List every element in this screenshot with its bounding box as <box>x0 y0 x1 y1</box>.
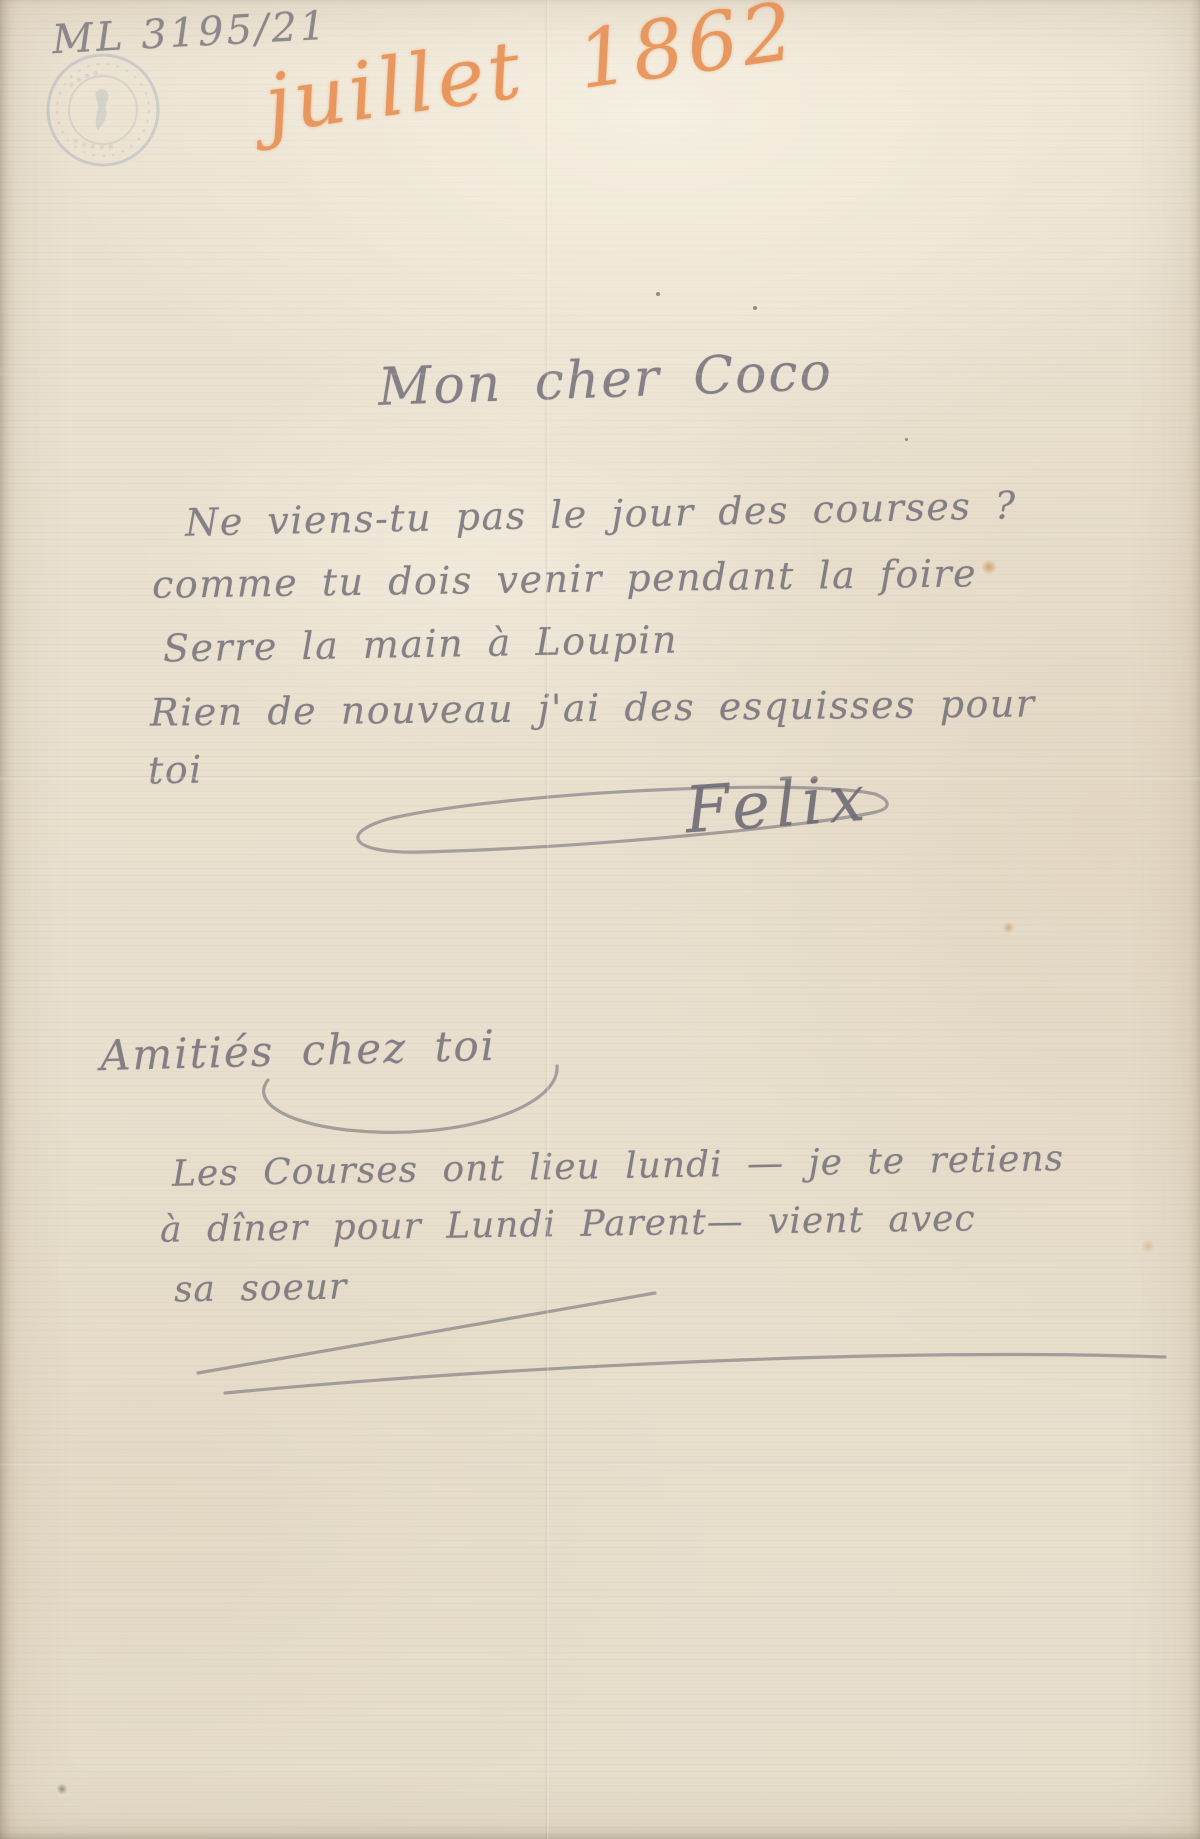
ink-speck <box>753 306 757 310</box>
foxing-spot <box>1140 1240 1156 1252</box>
body-line: Rien de nouveau j'ai des esquisses pour <box>150 681 1036 734</box>
postscript-line: Les Courses ont lieu lundi — je te retie… <box>172 1138 1065 1195</box>
body-line: Serre la main à Loupin <box>163 618 679 671</box>
ink-speck <box>656 292 660 296</box>
letter-scan: ML 3195/21 juillet 1862 Mon cher Coco Ne… <box>0 0 1200 1839</box>
foxing-spot <box>56 1784 68 1794</box>
foxing-spot <box>980 560 998 574</box>
body-line: Ne viens-tu pas le jour des courses ? <box>185 483 1018 544</box>
signature: Felix <box>683 762 874 849</box>
ink-speck <box>905 438 908 441</box>
postscript-line: à dîner pour Lundi Parent— vient avec <box>160 1198 976 1250</box>
horizontal-fold-crease <box>0 372 1200 376</box>
horizontal-fold-crease <box>0 1462 1200 1466</box>
horizontal-fold-crease <box>0 776 1200 780</box>
salutation: Mon cher Coco <box>377 342 834 418</box>
vertical-fold-crease <box>545 0 549 1839</box>
foxing-spot <box>1002 922 1015 933</box>
body-line: comme tu dois venir pendant la foire <box>152 551 978 607</box>
body-line: toi <box>148 748 204 793</box>
postscript-greeting: Amitiés chez toi <box>99 1021 496 1080</box>
round-collection-stamp-icon <box>40 46 166 172</box>
date-inscription: juillet 1862 <box>259 0 802 151</box>
postscript-line: sa soeur <box>174 1266 348 1310</box>
